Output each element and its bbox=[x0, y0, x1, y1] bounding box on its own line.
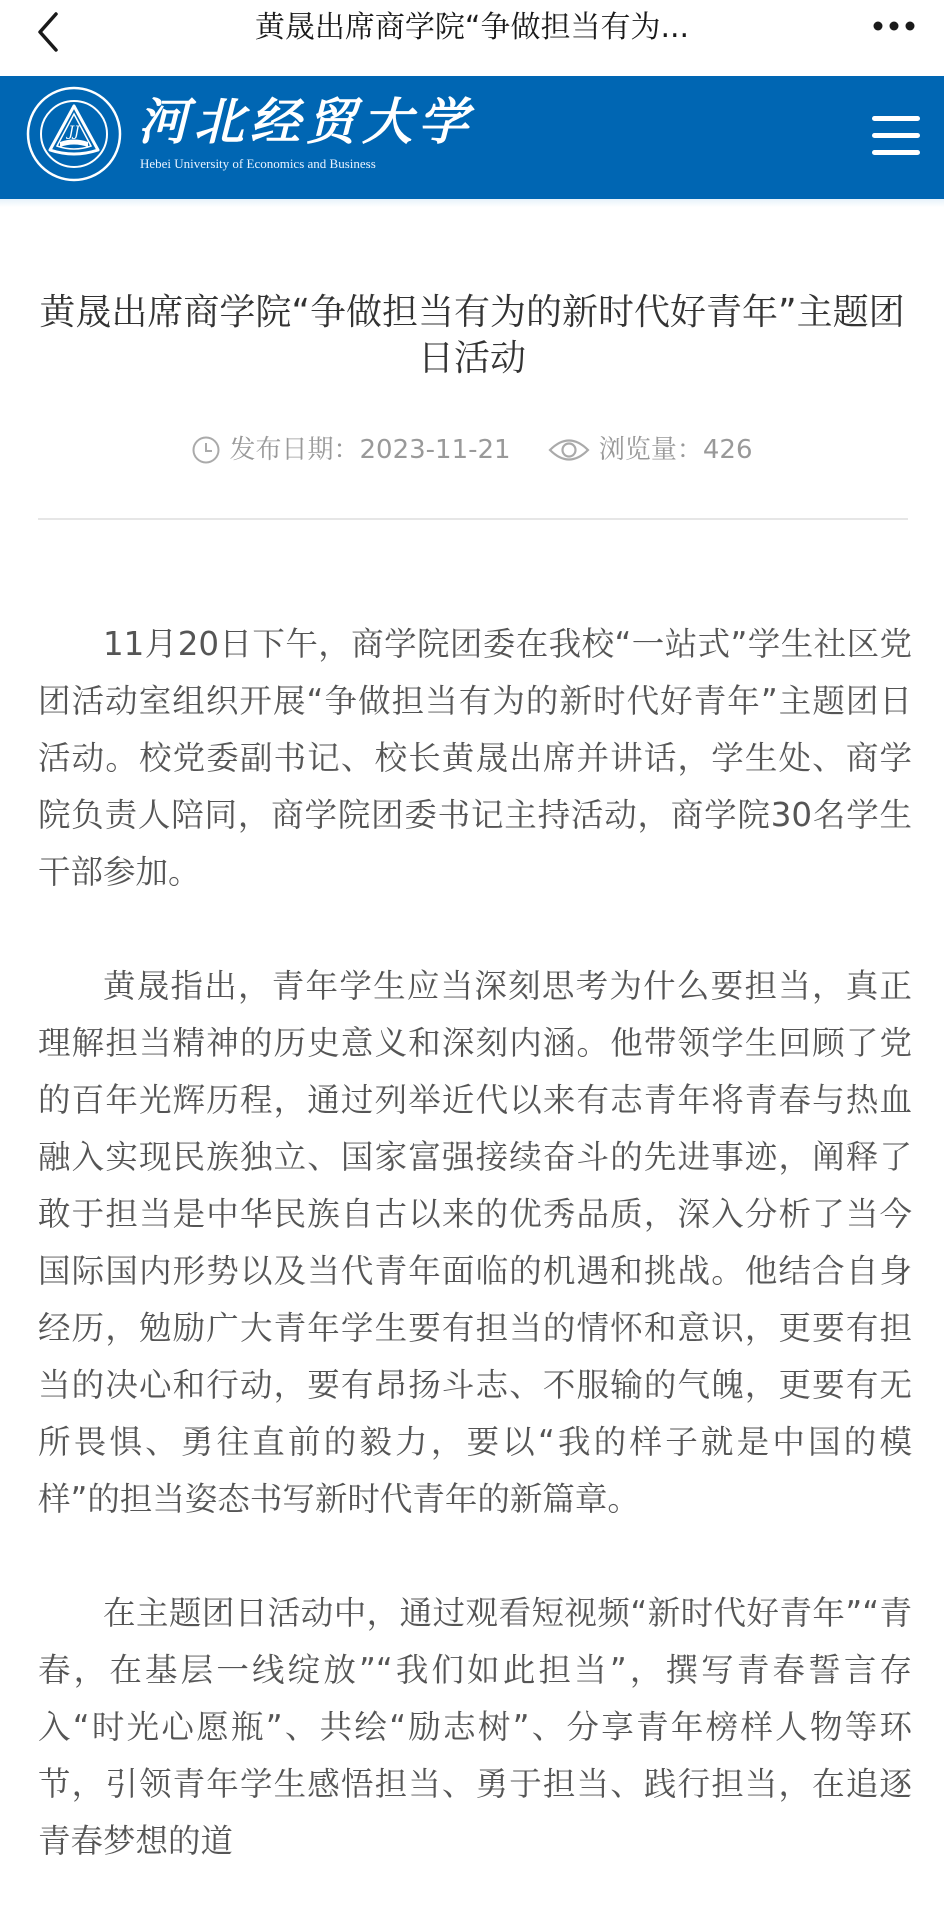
view-count-label: 浏览量： bbox=[599, 430, 703, 470]
article-title: 黄晟出席商学院“争做担当有为的新时代好青年”主题团日活动 bbox=[30, 290, 914, 382]
clock-icon bbox=[191, 435, 221, 465]
hamburger-menu-icon-bar bbox=[872, 150, 920, 155]
page-title: 黄晟出席商学院“争做担当有为... bbox=[150, 8, 794, 48]
header-shadow bbox=[0, 199, 944, 207]
paragraph: 黄晟指出，青年学生应当深刻思考为什么要担当，真正理解担当精神的历史意义和深刻内涵… bbox=[38, 958, 912, 1528]
hamburger-menu-button[interactable] bbox=[872, 116, 922, 158]
paragraph: 11月20日下午，商学院团委在我校“一站式”学生社区党团活动室组织开展“争做担当… bbox=[38, 616, 912, 901]
view-count: 浏览量： 426 bbox=[547, 430, 753, 470]
article-meta: 发布日期： 2023-11-21 浏览量： 426 bbox=[0, 430, 944, 470]
chevron-left-icon bbox=[30, 8, 70, 58]
more-horizontal-icon bbox=[870, 14, 918, 38]
site-header: JJ 河北经贸大学 Hebei University of Economics … bbox=[0, 76, 944, 199]
hamburger-menu-icon bbox=[872, 116, 920, 121]
publish-date: 发布日期： 2023-11-21 bbox=[191, 430, 510, 470]
more-button[interactable] bbox=[870, 14, 918, 38]
hamburger-menu-icon-bar bbox=[872, 133, 920, 138]
svg-text:JJ: JJ bbox=[65, 124, 81, 140]
university-emblem-icon[interactable]: JJ bbox=[24, 84, 124, 184]
publish-date-value: 2023-11-21 bbox=[359, 430, 510, 470]
back-button[interactable] bbox=[30, 8, 70, 58]
app-top-bar: 黄晟出席商学院“争做担当有为... bbox=[0, 0, 944, 76]
article-body: 11月20日下午，商学院团委在我校“一站式”学生社区党团活动室组织开展“争做担当… bbox=[38, 616, 912, 1920]
divider bbox=[38, 518, 908, 520]
paragraph: 在主题团日活动中，通过观看短视频“新时代好青年”“青春，在基层一线绽放”“我们如… bbox=[38, 1585, 912, 1870]
brand-name-chinese[interactable]: 河北经贸大学 bbox=[138, 94, 474, 150]
brand-name-english: Hebei University of Economics and Busine… bbox=[140, 156, 376, 172]
eye-icon bbox=[547, 435, 591, 465]
publish-date-label: 发布日期： bbox=[229, 430, 359, 470]
view-count-value: 426 bbox=[703, 430, 753, 470]
